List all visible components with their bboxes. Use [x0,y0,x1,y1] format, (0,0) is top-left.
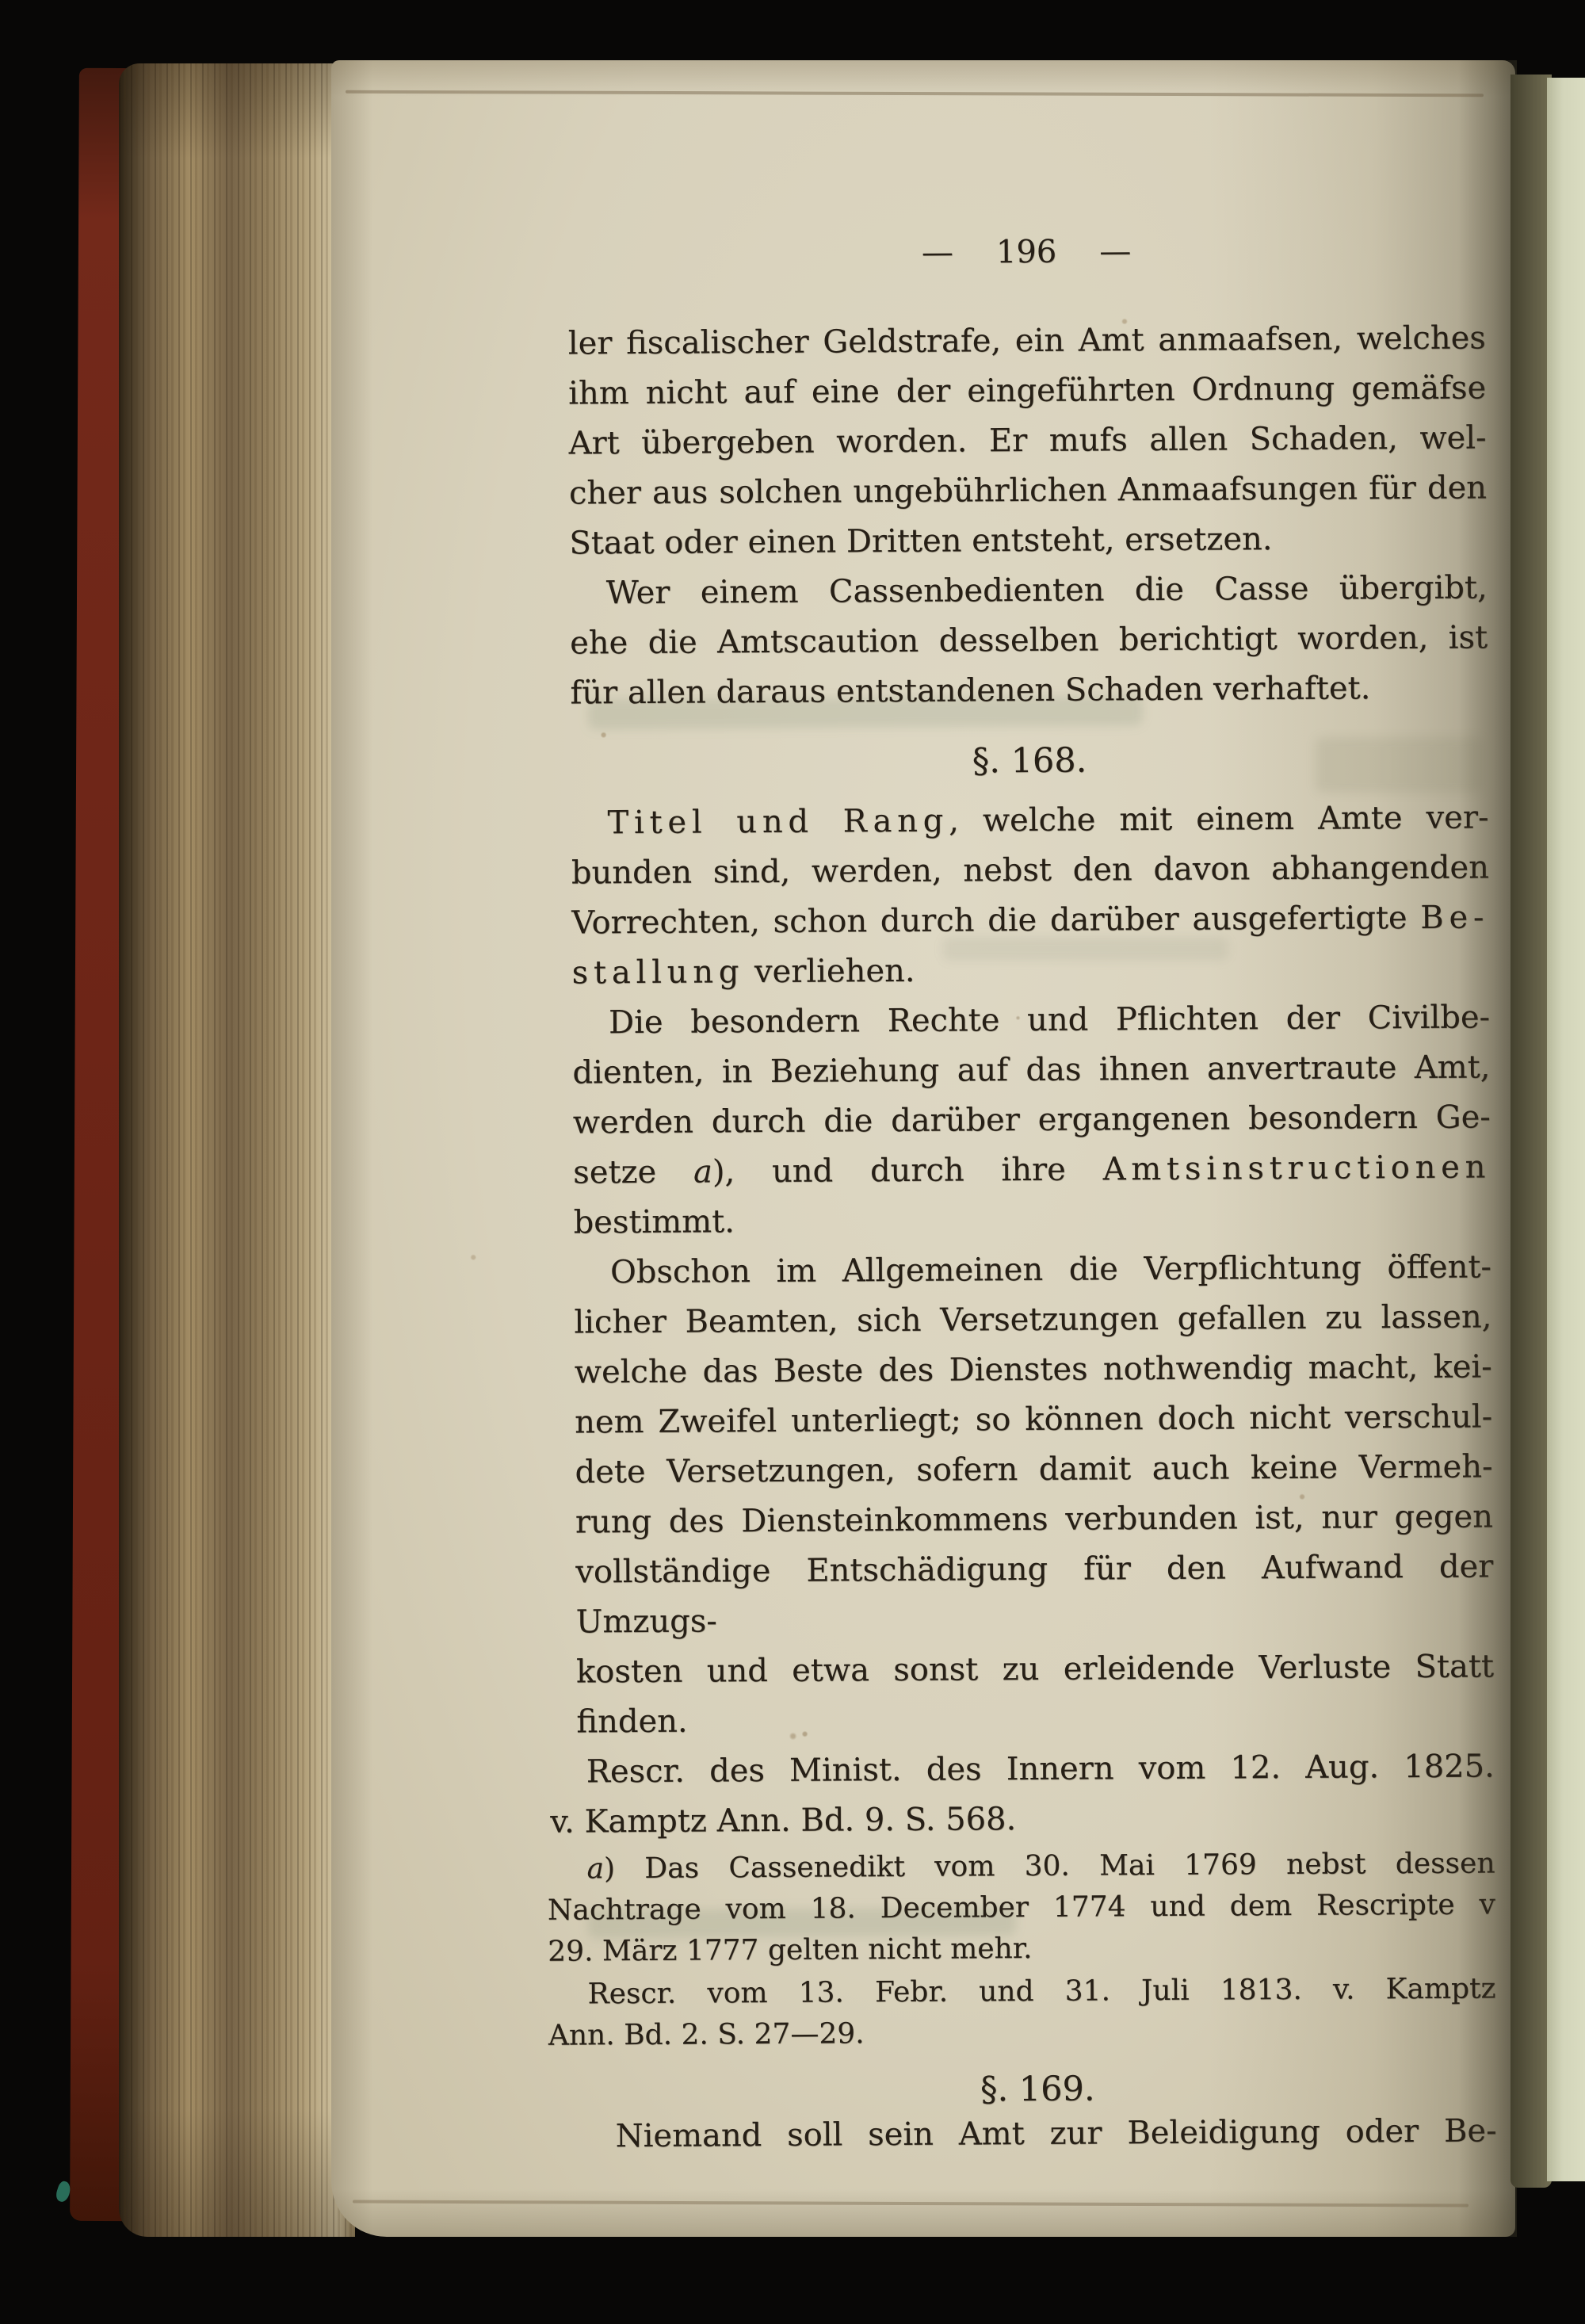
paragraph-niemand: Niemand soll sein Amt zur Beleidigung od… [579,2106,1496,2162]
text-line: Obschon im Allgemeinen die Verpflichtung… [574,1242,1491,1298]
text-line: kosten und etwa sonst zu erleidende Verl… [576,1642,1495,1747]
text-line: 29. März 1777 gelten nicht mehr. [548,1925,1495,1972]
text-line: §. 168. [571,733,1488,789]
page-number-row: — 196 — [567,230,1485,273]
page-number: 196 [996,233,1057,271]
text-line: stallung verliehen. [572,942,1490,998]
text-line: für allen daraus entstandenen Schaden ve… [570,663,1488,718]
paragraph-besondere-rechte: Die besondern Rechte und Pflichten der C… [572,992,1491,1248]
header-dash-left: — [922,234,953,272]
text-line: dienten, in Beziehung auf das ihnen anve… [572,1042,1490,1098]
text-line: Nachtrage vom 18. December 1774 und dem … [548,1884,1495,1931]
text-line: dete Versetzungen, sofern damit auch kei… [575,1442,1492,1497]
facing-page-edge [1547,78,1585,2181]
text-line: Niemand soll sein Amt zur Beleidigung od… [579,2106,1496,2162]
text-line: §. 169. [579,2066,1496,2112]
text-line: welche das Beste des Dienstes nothwendig… [575,1342,1492,1397]
text-line: Titel und Rang, welche mit einem Amte ve… [571,793,1488,848]
citation-rescript-1825: Rescr. des Minist. des Innern vom 12. Au… [550,1741,1495,1847]
printed-text-area: — 196 — ler fiscalischer Geldstrafe, ein… [567,230,1497,2162]
text-line: ehe die Amtscaution desselben berichtigt… [570,613,1488,668]
text-line: cher aus solchen ungebührlichen Anmaafsu… [569,463,1487,518]
text-line: setze a), und durch ihre Amtsinstruction… [573,1142,1491,1248]
text-line: Staat oder einen Dritten entsteht, erset… [569,513,1487,568]
paragraph-titel-und-rang: Titel und Rang, welche mit einem Amte ve… [571,793,1490,998]
text-line: werden durch die darüber ergangenen beso… [573,1092,1491,1148]
page-fore-edges [119,63,355,2237]
header-dash-right: — [1099,232,1131,270]
text-line: Rescr. vom 13. Febr. und 31. Juli 1813. … [548,1968,1495,2015]
footnote-a-cassenedikt: a) Das Cassenedikt vom 30. Mai 1769 nebs… [547,1843,1495,1972]
gutter-shadow [1458,60,1517,2237]
text-line: nem Zweifel unterliegt; so können doch n… [575,1392,1492,1447]
paragraph-continuation: ler fiscalischer Geldstrafe, ein Amt anm… [568,313,1488,568]
text-blocks: ler fiscalischer Geldstrafe, ein Amt anm… [568,313,1497,2162]
section-heading-168: §. 168. [571,733,1488,789]
paragraph-versetzungen: Obschon im Allgemeinen die Verpflichtung… [574,1242,1495,1747]
text-line: a) Das Cassenedikt vom 30. Mai 1769 nebs… [547,1843,1495,1890]
gutter-fold-band [1511,75,1552,2188]
text-line: ihm nicht auf eine der eingeführten Ordn… [568,363,1486,419]
text-line: Die besondern Rechte und Pflichten der C… [572,992,1490,1048]
text-line: Wer einem Cassenbedienten die Casse über… [570,563,1488,618]
section-heading-169: §. 169. [579,2066,1496,2112]
text-line: Vorrechten, schon durch die darüber ausg… [571,893,1489,948]
text-line: Rescr. des Minist. des Innern vom 12. Au… [550,1741,1495,1797]
paragraph-cassenbedienten: Wer einem Cassenbedienten die Casse über… [570,563,1488,718]
book-photo: — 196 — ler fiscalischer Geldstrafe, ein… [0,0,1585,2324]
text-line: Art übergeben worden. Er mufs allen Scha… [568,413,1486,468]
text-line: ler fiscalischer Geldstrafe, ein Amt anm… [568,313,1486,369]
text-line: bunden sind, werden, nebst den davon abh… [571,843,1489,898]
text-line: rung des Diensteinkommens verbunden ist,… [575,1492,1493,1547]
text-line: Ann. Bd. 2. S. 27—29. [548,2009,1496,2056]
text-line: vollständige Entschädigung für den Aufwa… [575,1542,1494,1647]
text-line: v. Kamptz Ann. Bd. 9. S. 568. [550,1791,1495,1847]
text-line: licher Beamten, sich Versetzungen gefall… [574,1292,1491,1347]
footnote-rescript-1813: Rescr. vom 13. Febr. und 31. Juli 1813. … [548,1968,1496,2056]
